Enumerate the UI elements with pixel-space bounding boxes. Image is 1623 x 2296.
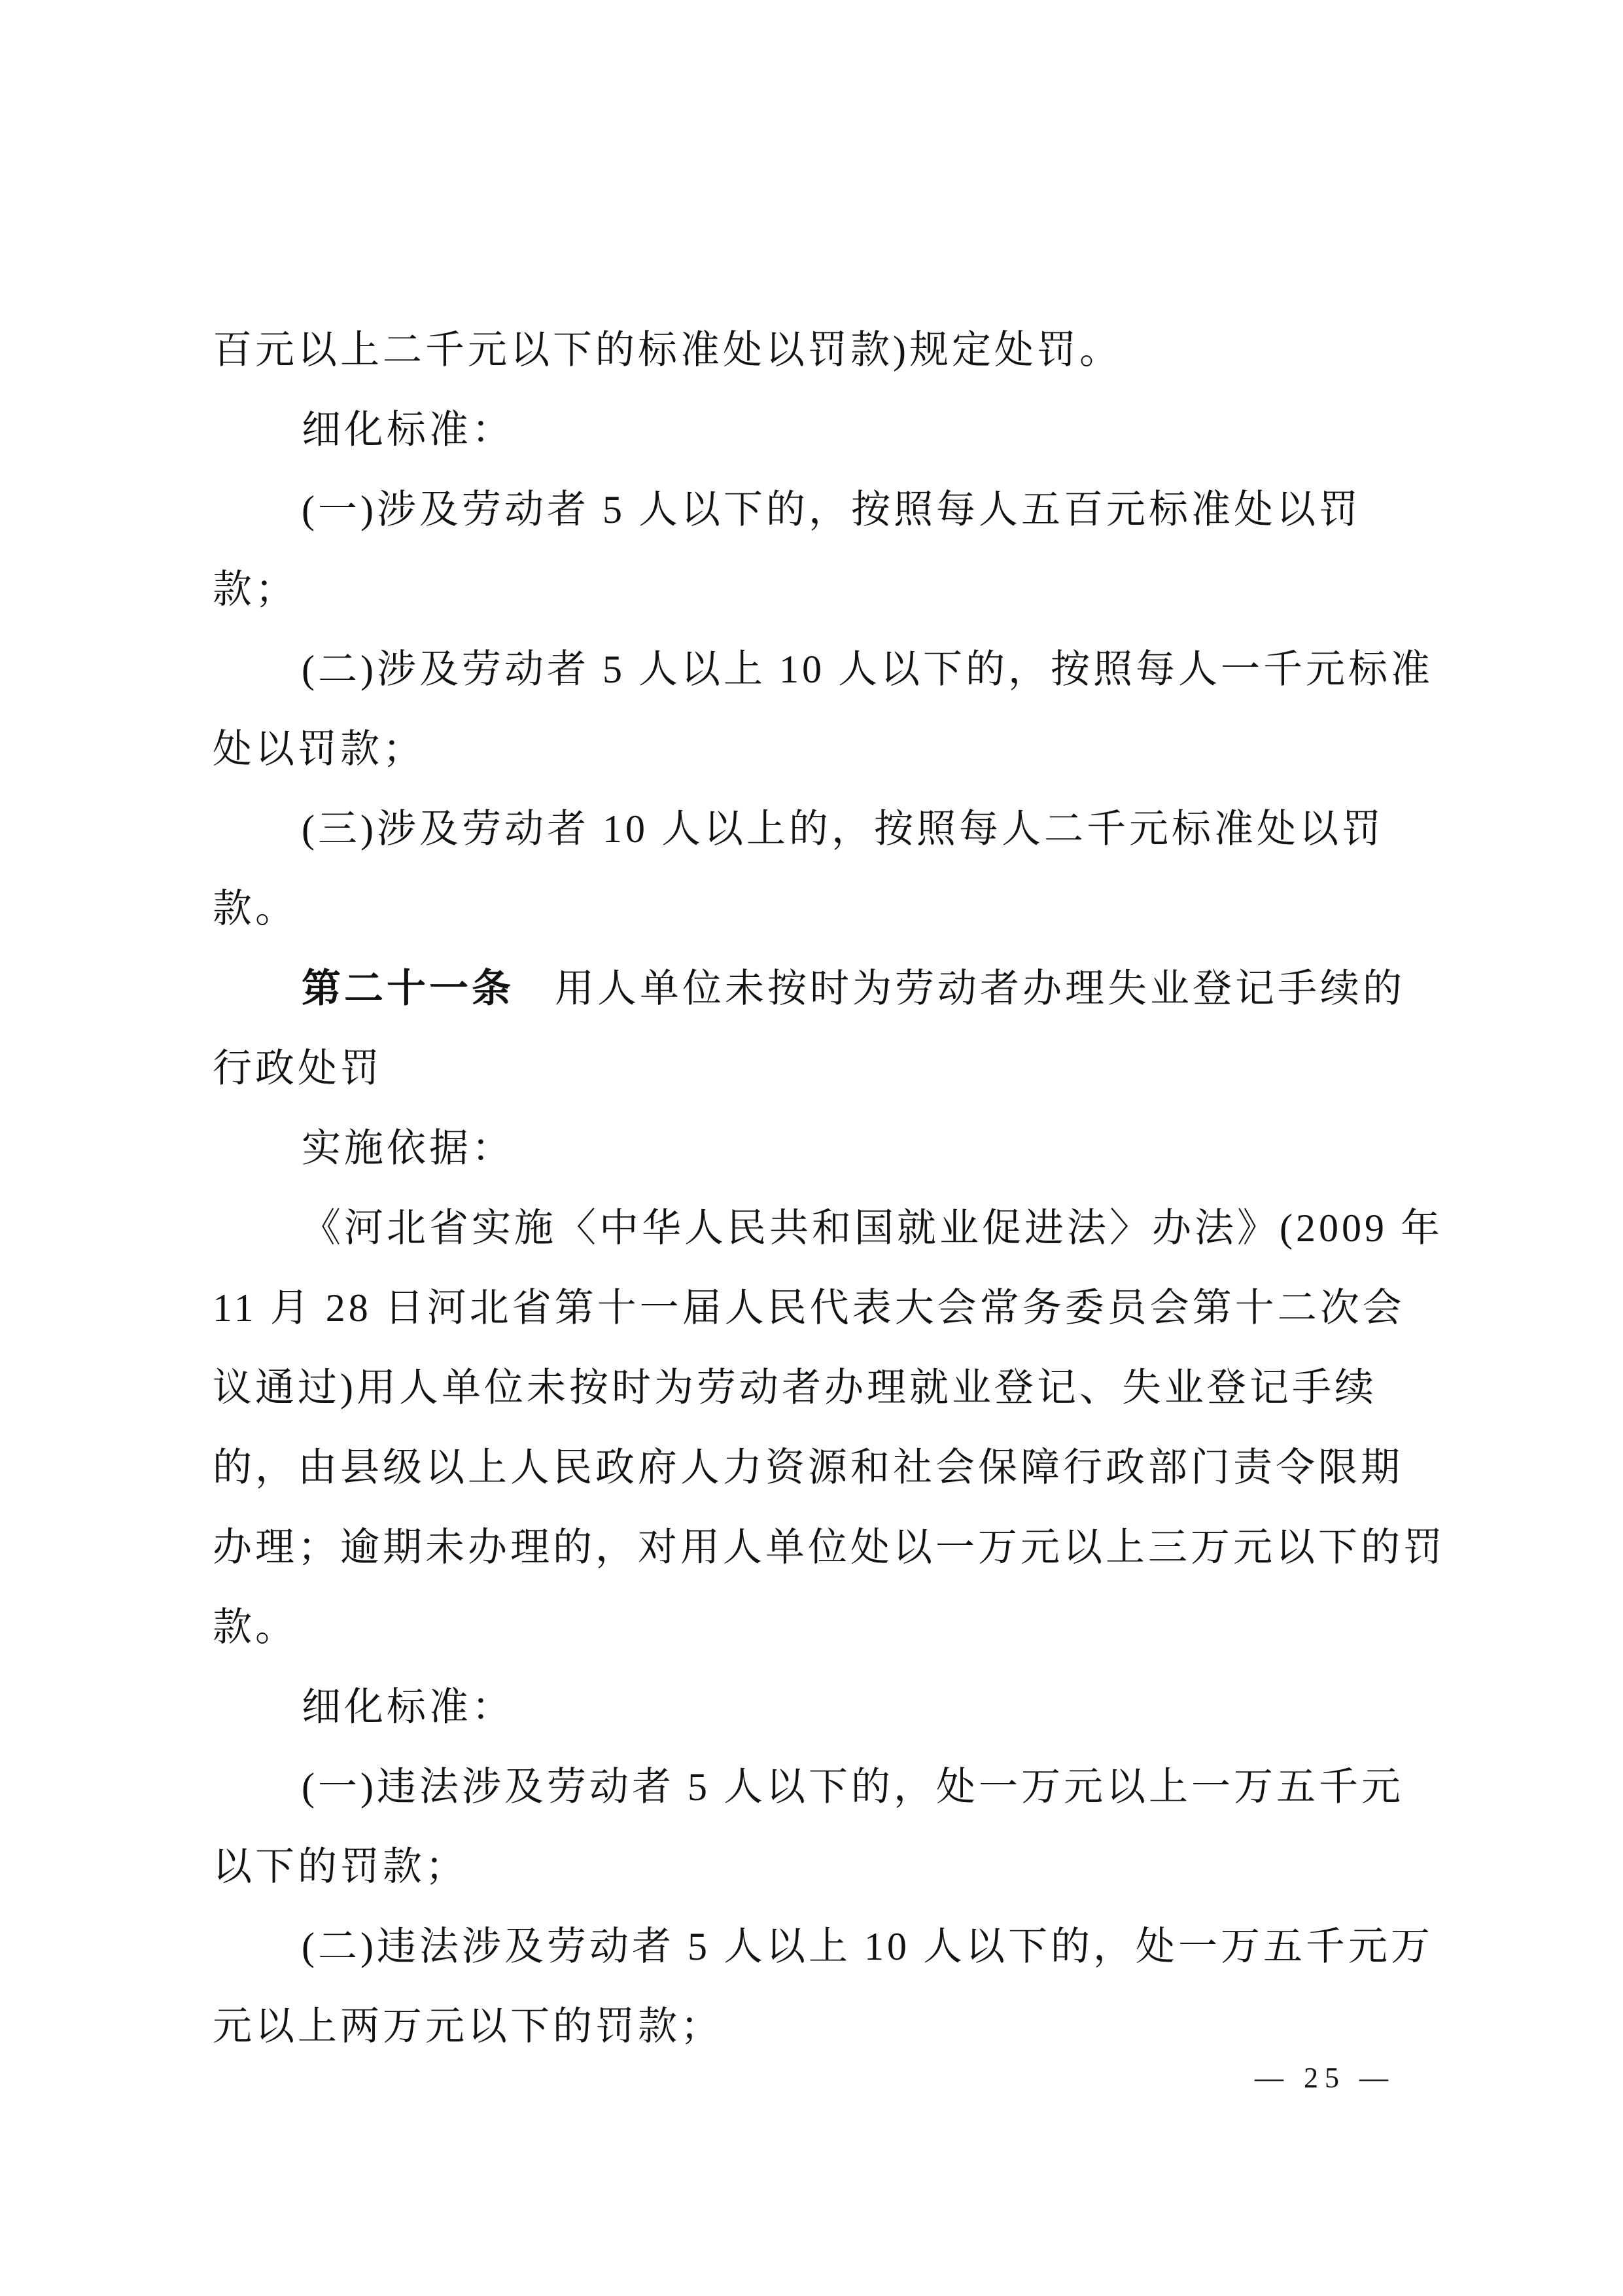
body-line-18-section-label: 细化标准： [213, 1667, 1420, 1747]
body-line-15: 的，由县级以上人民政府人力资源和社会保障行政部门责令限期 [213, 1428, 1420, 1508]
page-number: — 25 — [1255, 2061, 1395, 2094]
body-line-11-basis-label: 实施依据： [213, 1108, 1420, 1188]
body-line-8: 款。 [213, 869, 1420, 949]
body-line-17: 款。 [213, 1587, 1420, 1667]
body-line-12: 《河北省实施〈中华人民共和国就业促进法〉办法》(2009 年 [213, 1188, 1420, 1268]
body-line-1: 百元以上二千元以下的标准处以罚款)规定处罚。 [213, 310, 1420, 390]
body-line-16: 办理；逾期未办理的，对用人单位处以一万元以上三万元以下的罚 [213, 1508, 1420, 1587]
body-line-4: 款； [213, 550, 1420, 629]
body-line-10: 行政处罚 [213, 1029, 1420, 1108]
body-line-3-item-1: (一)涉及劳动者 5 人以下的，按照每人五百元标准处以罚 [213, 470, 1420, 550]
body-line-20: 以下的罚款； [213, 1827, 1420, 1907]
body-line-22: 元以上两万元以下的罚款； [213, 1987, 1420, 2066]
article-number-label: 第二十一条 [302, 966, 514, 1010]
body-line-6: 处以罚款； [213, 709, 1420, 789]
body-line-7-item-3: (三)涉及劳动者 10 人以上的，按照每人二千元标准处以罚 [213, 789, 1420, 869]
body-line-21-item-2: (二)违法涉及劳动者 5 人以上 10 人以下的，处一万五千元万 [213, 1907, 1420, 1987]
article-title-text: 用人单位未按时为劳动者办理失业登记手续的 [555, 967, 1405, 1010]
body-line-19-item-1: (一)违法涉及劳动者 5 人以下的，处一万元以上一万五千元 [213, 1747, 1420, 1827]
body-text: 百元以上二千元以下的标准处以罚款)规定处罚。 细化标准： (一)涉及劳动者 5 … [213, 310, 1420, 2066]
body-line-13: 11 月 28 日河北省第十一届人民代表大会常务委员会第十二次会 [213, 1268, 1420, 1348]
body-line-14: 议通过)用人单位未按时为劳动者办理就业登记、失业登记手续 [213, 1348, 1420, 1428]
body-line-9-article-heading: 第二十一条用人单位未按时为劳动者办理失业登记手续的 [213, 949, 1420, 1029]
body-line-5-item-2: (二)涉及劳动者 5 人以上 10 人以下的，按照每人一千元标准 [213, 629, 1420, 709]
body-line-2-section-label: 细化标准： [213, 390, 1420, 470]
document-page: 百元以上二千元以下的标准处以罚款)规定处罚。 细化标准： (一)涉及劳动者 5 … [0, 0, 1623, 2296]
